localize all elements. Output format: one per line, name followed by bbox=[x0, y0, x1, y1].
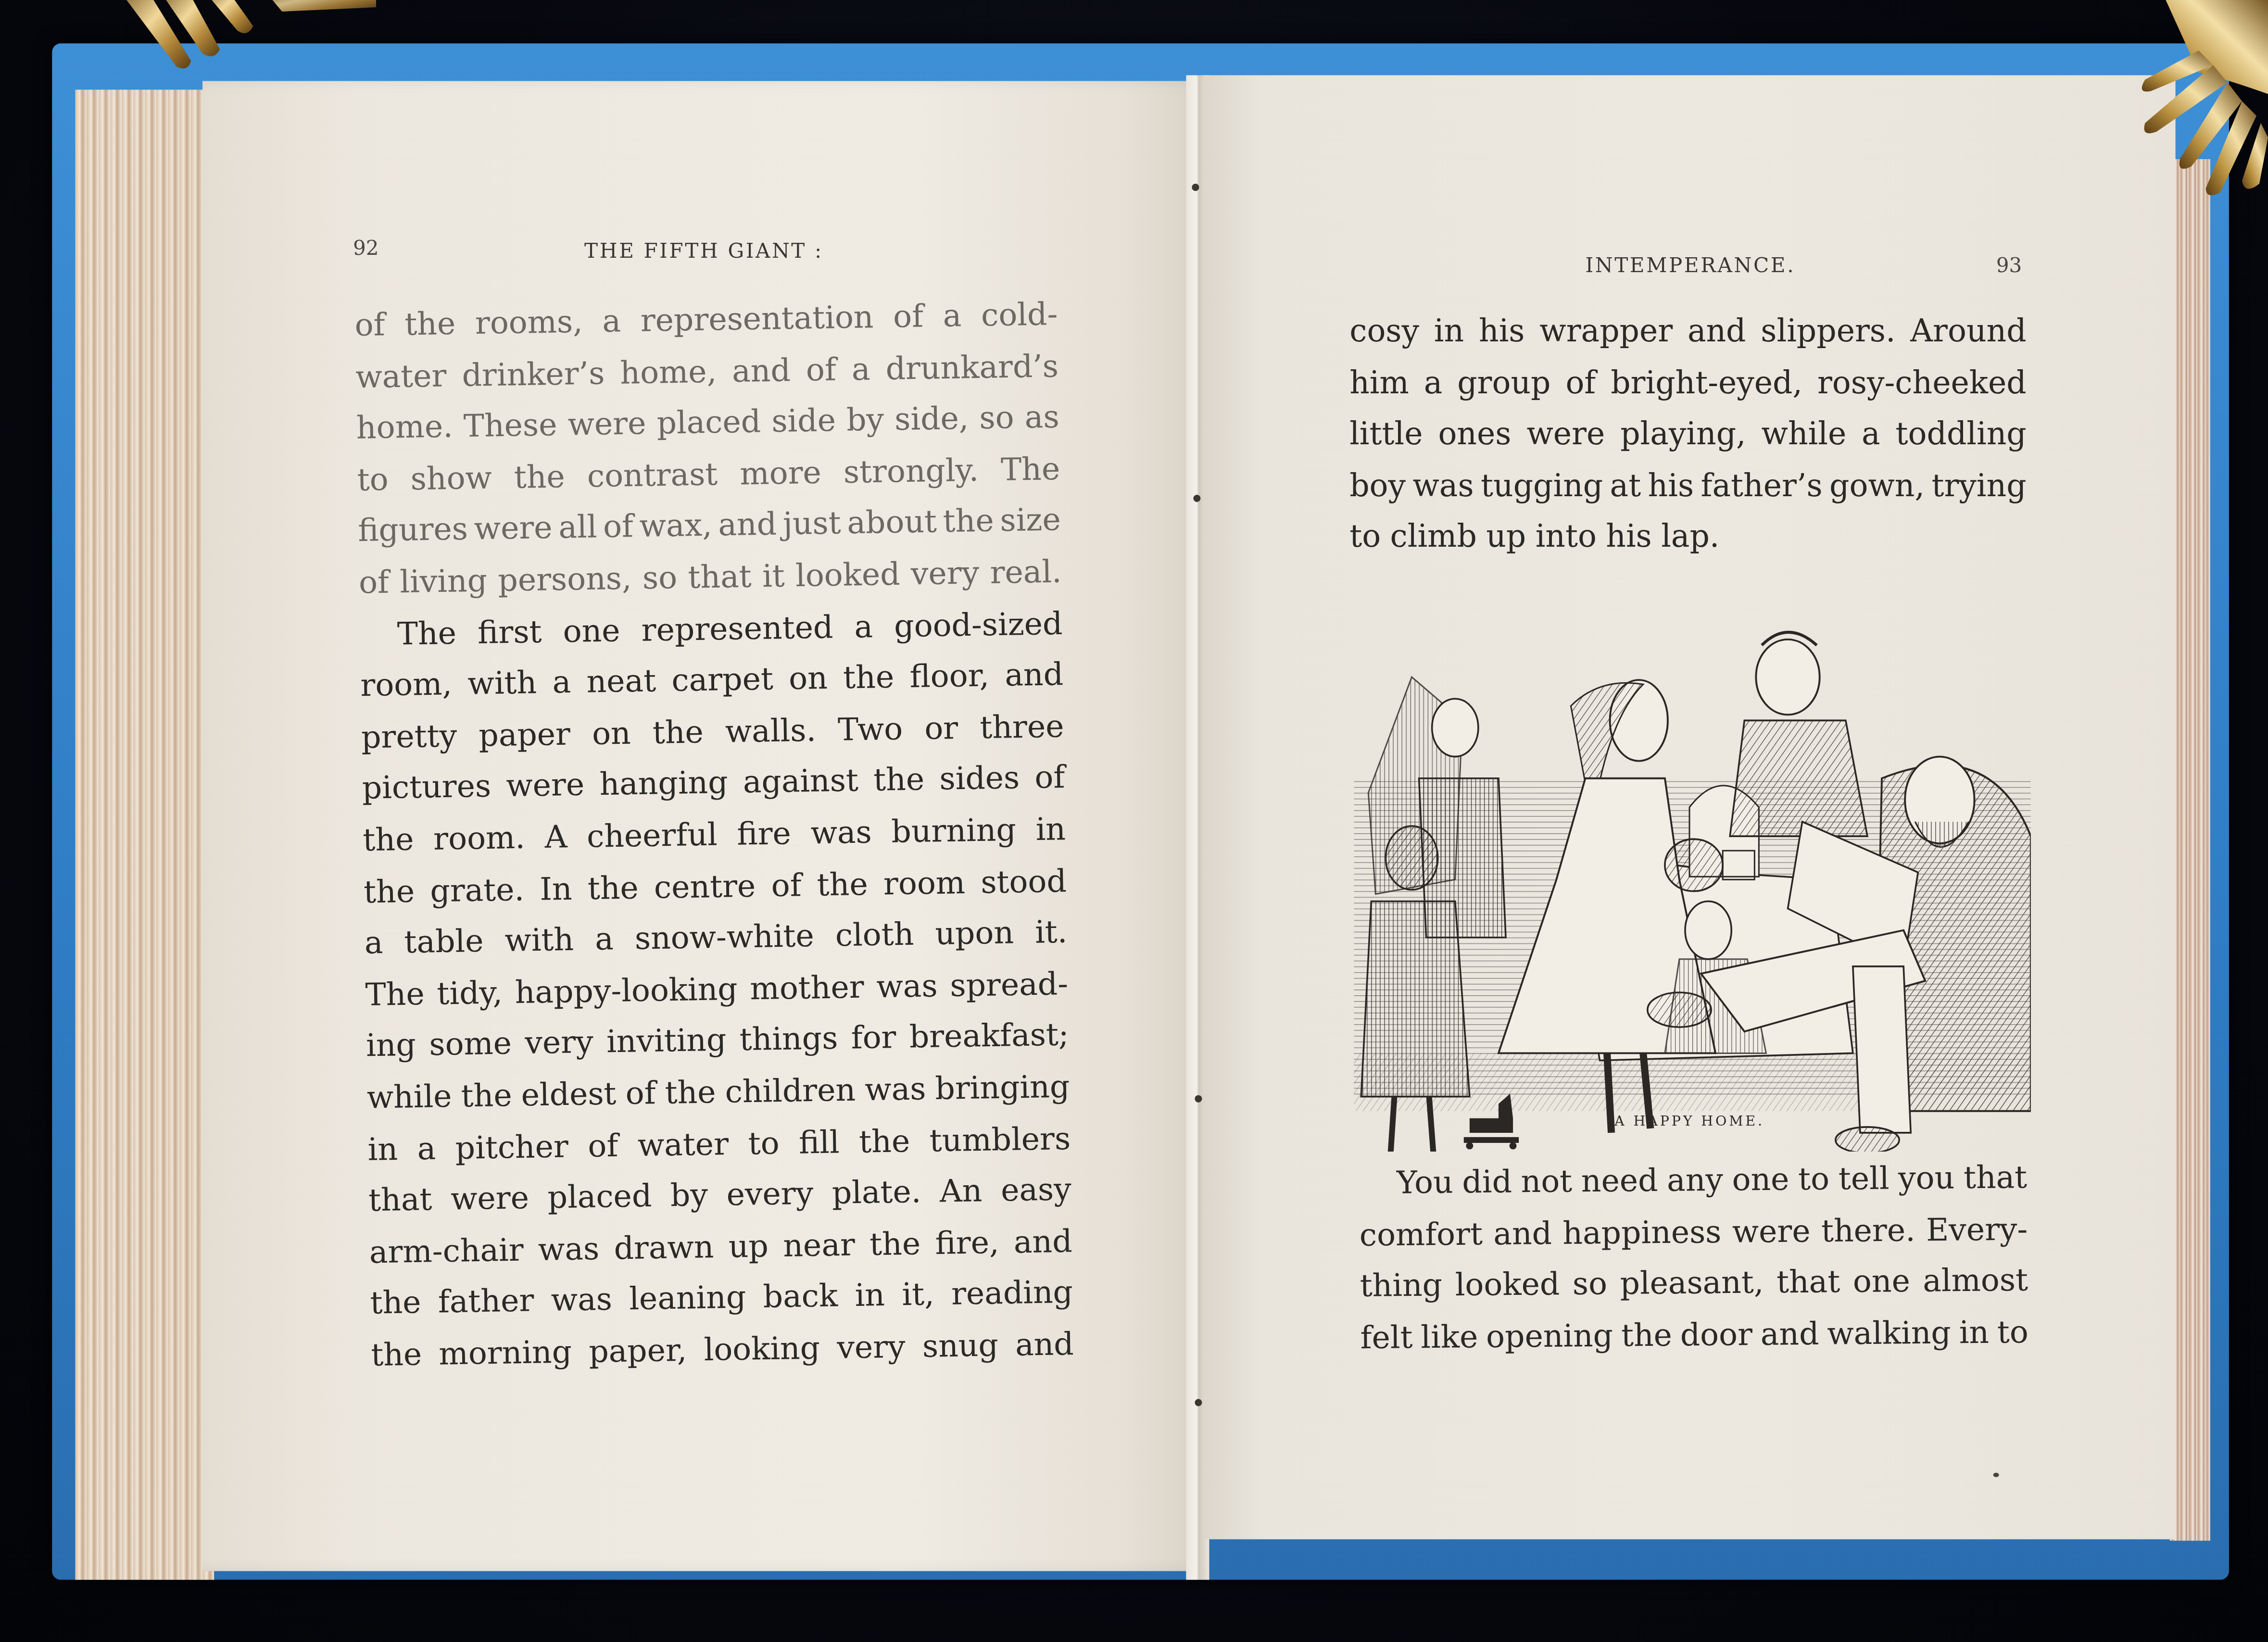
text-line: toclimbupintohislap. bbox=[1349, 513, 2027, 564]
text-line: themorningpaper,lookingverysnugand bbox=[371, 1319, 1074, 1382]
page-number: 92 bbox=[353, 237, 379, 260]
body-text: oftherooms,arepresentationofacold-waterd… bbox=[354, 290, 1074, 1382]
family-engraving-illustration bbox=[1354, 619, 2031, 1152]
paper-speck bbox=[1993, 1473, 1999, 1477]
binding-stitch bbox=[1195, 1095, 1202, 1103]
binding-stitch bbox=[1192, 184, 1199, 191]
brass-hand-holder-right bbox=[2061, 0, 2268, 202]
brass-hand-holder-left bbox=[87, 0, 376, 87]
photo-stage: 92 THE FIFTH GIANT : oftherooms,areprese… bbox=[0, 0, 2268, 1642]
text-line: comfortandhappinesswerethere.Every- bbox=[1359, 1204, 2028, 1262]
page-edges-right bbox=[2170, 159, 2210, 1541]
text-line: himagroupofbright-eyed,rosy-cheeked bbox=[1349, 358, 2027, 410]
text-line: cosyinhiswrapperandslippers.Around bbox=[1349, 307, 2027, 358]
running-head: THE FIFTH GIANT : bbox=[584, 240, 823, 263]
page-edges-left bbox=[75, 90, 214, 1580]
page-number: 93 bbox=[1996, 255, 2022, 278]
binding-stitch bbox=[1193, 495, 1200, 502]
binding-stitch bbox=[1195, 1399, 1202, 1406]
left-page: 92 THE FIFTH GIANT : oftherooms,areprese… bbox=[202, 81, 1203, 1571]
text-line: feltlikeopeningthedoorandwalkinginto bbox=[1360, 1307, 2029, 1365]
text-line: thinglookedsopleasant,thatonealmost bbox=[1360, 1256, 2028, 1313]
illustration-caption: A HAPPY HOME. bbox=[1203, 1114, 2175, 1130]
text-line: boywastuggingathisfather’sgown,trying bbox=[1349, 461, 2027, 513]
text-line: Youdidnotneedanyonetotellyouthat bbox=[1359, 1153, 2027, 1210]
body-text-top: cosyinhiswrapperandslippers.Aroundhimagr… bbox=[1349, 307, 2027, 564]
body-text-bottom: Youdidnotneedanyonetotellyouthatcomforta… bbox=[1359, 1153, 2029, 1365]
running-head: INTEMPERANCE. bbox=[1585, 255, 1795, 278]
text-line: littleoneswereplaying,whileatoddling bbox=[1349, 410, 2027, 461]
right-page: INTEMPERANCE. 93 cosyinhiswrapperandslip… bbox=[1203, 75, 2175, 1539]
